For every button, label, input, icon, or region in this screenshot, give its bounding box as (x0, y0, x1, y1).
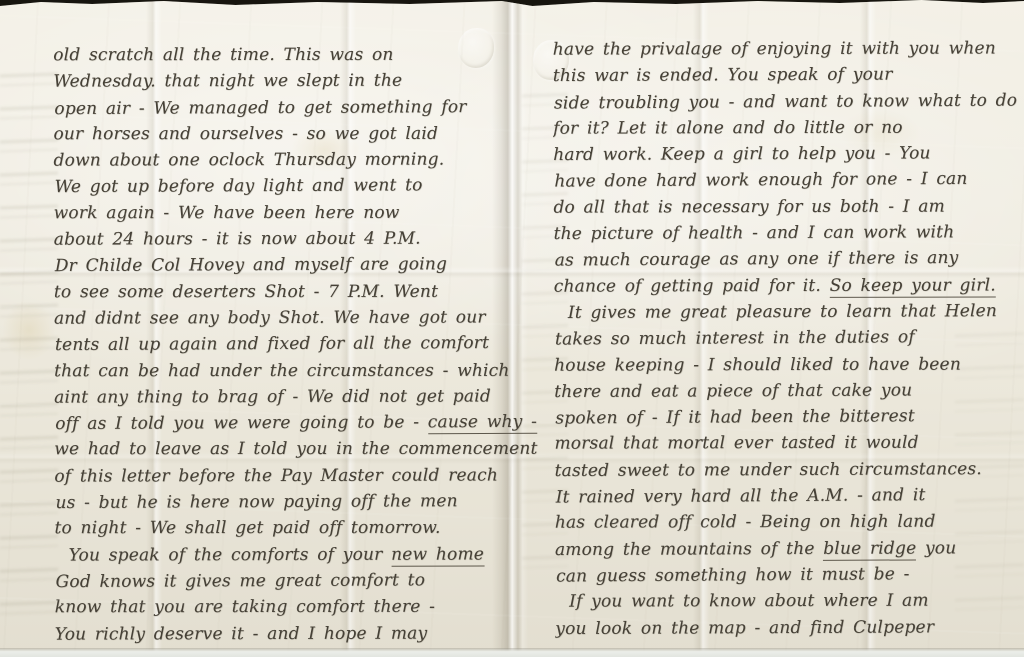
handwritten-line: our horses and ourselves - so we got lai… (53, 121, 505, 148)
handwritten-line: to night - We shall get paid off tomorro… (54, 515, 506, 542)
letter-page-right: have the privalage of enjoying it with y… (553, 35, 1024, 642)
handwritten-line: God knows it gives me great comfort to (56, 567, 508, 595)
handwritten-line: and didnt see any body Shot. We have got… (54, 304, 506, 331)
handwritten-line: open air - We managed to get something f… (54, 94, 506, 122)
handwritten-line: chance of getting paid for it. So keep y… (554, 272, 1024, 300)
handwritten-line: off as I told you we were going to be - … (55, 409, 507, 437)
handwritten-line: about 24 hours - it is now about 4 P.M. (54, 225, 506, 252)
handwritten-line: house keeping - I should liked to have b… (554, 351, 1024, 379)
handwritten-line: have the privalage of enjoying it with y… (553, 35, 1023, 63)
underlined-phrase: So keep your girl. (830, 275, 996, 297)
handwritten-line: this war is ended. You speak of your (553, 61, 1023, 89)
handwritten-line: of this letter before the Pay Master cou… (54, 462, 506, 489)
handwritten-line: as much courage as any one if there is a… (555, 245, 1024, 274)
handwritten-line: us - but he is here now paying off the m… (55, 488, 507, 516)
handwritten-line: there and eat a piece of that cake you (554, 377, 1024, 405)
scan-background: { "colors": { "ink": "#454036", "paper":… (0, 0, 1024, 657)
handwritten-line: morsal that mortal ever tasted it would (554, 430, 1024, 458)
handwritten-line: has cleared off cold - Being on high lan… (555, 509, 1024, 537)
ink-bleedthrough (0, 60, 58, 620)
handwritten-line: have done hard work enough for one - I c… (554, 166, 1024, 195)
handwritten-line: We got up before day light and went to (55, 172, 507, 200)
underlined-phrase: blue ridge (823, 538, 916, 560)
handwritten-line: work again - We have been here now (54, 200, 506, 227)
handwritten-line: know that you are taking comfort there - (55, 594, 507, 621)
handwritten-line: the picture of health - and I can work w… (553, 219, 1023, 247)
handwritten-line: It gives me great pleasure to learn that… (554, 298, 1024, 326)
handwritten-line: Dr Childe Col Hovey and myself are going (55, 251, 507, 279)
handwritten-line: that can be had under the circumstances … (54, 357, 506, 384)
handwritten-line: down about one oclock Thursday morning. (53, 147, 505, 174)
handwritten-line: you look on the map - and find Culpeper (555, 614, 1024, 642)
handwritten-line: aint any thing to brag of - We did not g… (54, 383, 506, 410)
handwritten-line: If you want to know about where I am (555, 588, 1024, 616)
handwritten-line: can guess something how it must be - (556, 560, 1024, 589)
handwritten-line: side troubling you - and want to know wh… (554, 87, 1024, 116)
handwritten-line: old scratch all the time. This was on (53, 42, 505, 69)
handwritten-line: tasted sweet to me under such circumstan… (555, 456, 1024, 484)
underlined-phrase: new home (391, 544, 484, 566)
scanner-edge-strip (0, 648, 1024, 657)
letter-sheet: old scratch all the time. This was onWed… (0, 0, 1024, 652)
handwritten-line: among the mountains of the blue ridge yo… (555, 535, 1024, 563)
underlined-phrase: cause why - (428, 412, 537, 435)
paper-stain (2, 300, 56, 360)
handwritten-line: spoken of - If it had been the bitterest (555, 403, 1024, 432)
handwritten-line: It rained very hard all the A.M. - and i… (556, 482, 1024, 511)
letter-scan: old scratch all the time. This was onWed… (0, 0, 1024, 657)
handwritten-line: to see some deserters Shot - 7 P.M. Went (54, 278, 506, 305)
handwritten-line: Wednesday. that night we slept in the (53, 68, 505, 95)
handwritten-line: we had to leave as I told you in the com… (54, 436, 506, 463)
handwritten-line: tents all up again and fixed for all the… (55, 330, 507, 358)
handwritten-line: takes so much interest in the duties of (555, 324, 1024, 353)
handwritten-line: You speak of the comforts of your new ho… (55, 541, 507, 568)
handwritten-line: do all that is necessary for us both - I… (553, 193, 1023, 221)
handwritten-line: You richly deserve it - and I hope I may (55, 620, 507, 647)
handwritten-line: for it? Let it alone and do little or no (553, 114, 1023, 142)
handwritten-line: hard work. Keep a girl to help you - You (553, 140, 1023, 168)
letter-page-left: old scratch all the time. This was onWed… (53, 41, 507, 647)
